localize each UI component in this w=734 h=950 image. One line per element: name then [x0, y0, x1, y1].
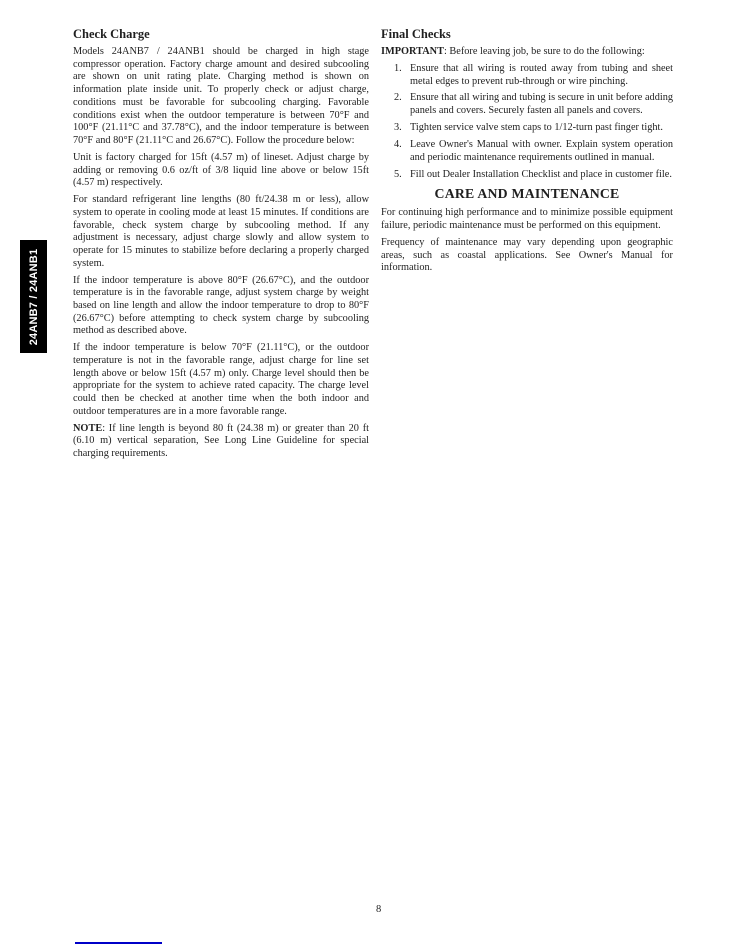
important-text: : Before leaving job, be sure to do the …	[444, 46, 645, 57]
page-number: 8	[376, 904, 381, 915]
check-charge-paragraph-1: Models 24ANB7 / 24ANB1 should be charged…	[73, 46, 369, 148]
final-checks-list: 1. Ensure that all wiring is routed away…	[381, 63, 673, 181]
care-paragraph-2: Frequency of maintenance may vary depend…	[381, 237, 673, 275]
list-item-text: Leave Owner's Manual with owner. Explain…	[410, 139, 673, 164]
care-and-maintenance-heading: CARE AND MAINTENANCE	[381, 186, 673, 202]
note-text: : If line length is beyond 80 ft (24.38 …	[73, 423, 369, 459]
important-lead: IMPORTANT	[381, 46, 444, 57]
footer-rule	[75, 942, 162, 944]
document-page: 24ANB7 / 24ANB1 Check Charge Models 24AN…	[0, 0, 734, 950]
check-charge-paragraph-4: If the indoor temperature is above 80°F …	[73, 275, 369, 339]
check-charge-paragraph-3: For standard refrigerant line lengths (8…	[73, 194, 369, 270]
important-paragraph: IMPORTANT: Before leaving job, be sure t…	[381, 46, 673, 59]
list-item-number: 1.	[394, 63, 410, 88]
list-item-text: Fill out Dealer Installation Checklist a…	[410, 169, 673, 182]
list-item: 4. Leave Owner's Manual with owner. Expl…	[381, 139, 673, 164]
list-item-number: 4.	[394, 139, 410, 164]
note-lead: NOTE	[73, 423, 102, 434]
list-item: 5. Fill out Dealer Installation Checklis…	[381, 169, 673, 182]
list-item-number: 3.	[394, 122, 410, 135]
care-paragraph-1: For continuing high performance and to m…	[381, 207, 673, 232]
list-item: 1. Ensure that all wiring is routed away…	[381, 63, 673, 88]
final-checks-heading: Final Checks	[381, 27, 673, 41]
list-item-text: Ensure that all wiring is routed away fr…	[410, 63, 673, 88]
list-item-text: Ensure that all wiring and tubing is sec…	[410, 92, 673, 117]
list-item: 2. Ensure that all wiring and tubing is …	[381, 92, 673, 117]
check-charge-paragraph-5: If the indoor temperature is below 70°F …	[73, 342, 369, 418]
list-item-text: Tighten service valve stem caps to 1/12-…	[410, 122, 673, 135]
model-tab: 24ANB7 / 24ANB1	[20, 240, 47, 353]
check-charge-heading: Check Charge	[73, 27, 369, 41]
list-item-number: 5.	[394, 169, 410, 182]
list-item: 3. Tighten service valve stem caps to 1/…	[381, 122, 673, 135]
right-column: Final Checks IMPORTANT: Before leaving j…	[381, 27, 673, 279]
left-column: Check Charge Models 24ANB7 / 24ANB1 shou…	[73, 27, 369, 465]
note-paragraph: NOTE: If line length is beyond 80 ft (24…	[73, 423, 369, 461]
check-charge-paragraph-2: Unit is factory charged for 15ft (4.57 m…	[73, 152, 369, 190]
model-tab-label: 24ANB7 / 24ANB1	[28, 248, 40, 345]
list-item-number: 2.	[394, 92, 410, 117]
